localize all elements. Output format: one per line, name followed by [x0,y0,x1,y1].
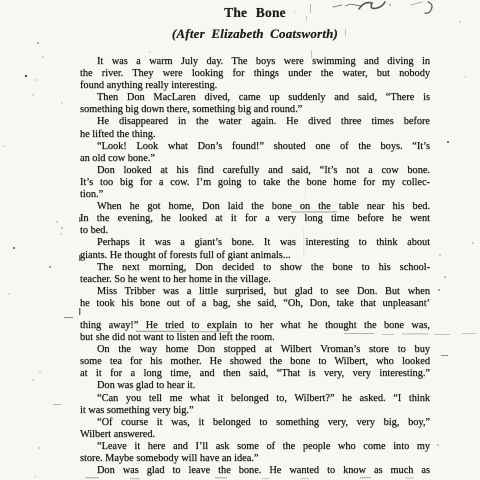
text-line: Miss Tribber was a little surprised, but… [80,286,430,298]
text-line: Don was glad to leave the bone. He wante… [80,465,430,477]
text-line: In the evening, he looked at it for a ve… [80,213,430,225]
text-line: the river. They were looking for things … [80,68,430,80]
scanned-page: The Bone (After Elizabeth Coatsworth) It… [0,0,480,480]
text-line: to bed. [80,225,430,237]
text-line: The next morning, Don decided to show th… [80,262,430,274]
page-title: The Bone [80,5,430,21]
text-line: It was a warm July day. The boys were sw… [80,56,430,68]
text-line: at it for a long time, and then said, “T… [80,368,430,380]
text-line: some tea for his mother. He showed the b… [80,356,430,368]
text-line: When he got home, Don laid the bone on t… [80,201,430,213]
text-line: Perhaps it was a giant’s bone. It was in… [80,237,430,249]
text-line: He disappeared in the water again. He di… [80,116,430,128]
text-line: tion.” [80,189,430,201]
text-line: “Can you tell me what it belonged to, Wi… [80,393,430,405]
text-line: thing away!” He tried to explain to her … [80,320,430,332]
text-line: “Leave it here and I’ll ask some of the … [80,441,430,453]
cutoff-line-fragments [85,477,414,479]
text-line: “Look! Look what Don’s found!” shouted o… [80,141,430,153]
text-line: store. Maybe somebody will have an idea.… [80,453,430,465]
text-line: something big down there, something big … [80,104,430,116]
text-line: it was something very big.” [80,405,430,417]
text-line: Don looked at his find carefully and sai… [80,165,430,177]
text-line: On the way home Don stopped at Wilbert V… [80,344,430,356]
story-text-column: It was a warm July day. The boys were sw… [80,56,430,477]
text-line: Then Don MacLaren dived, came up suddenl… [80,92,430,104]
story-lines: It was a warm July day. The boys were sw… [80,56,430,477]
text-line: “Of course it was, it belonged to someth… [80,417,430,429]
text-line: an old cow bone.” [80,153,430,165]
text-line: It’s too big for a cow. I’m going to tak… [80,177,430,189]
page-subtitle: (After Elizabeth Coatsworth) [80,26,430,42]
text-line: found anything really interesting. [80,80,430,92]
text-line: but she did not want to listen and left … [80,332,430,344]
text-line: giants. He thought of forests full of gi… [80,250,430,262]
text-line: teacher. So he went to her home in the v… [80,274,430,286]
text-line: Wilbert answered. [80,429,430,441]
text-line: Don was glad to hear it. [80,380,430,392]
text-line: he took his bone out of a bag, she said,… [80,298,430,310]
text-line: he lifted the thing. [80,129,430,141]
